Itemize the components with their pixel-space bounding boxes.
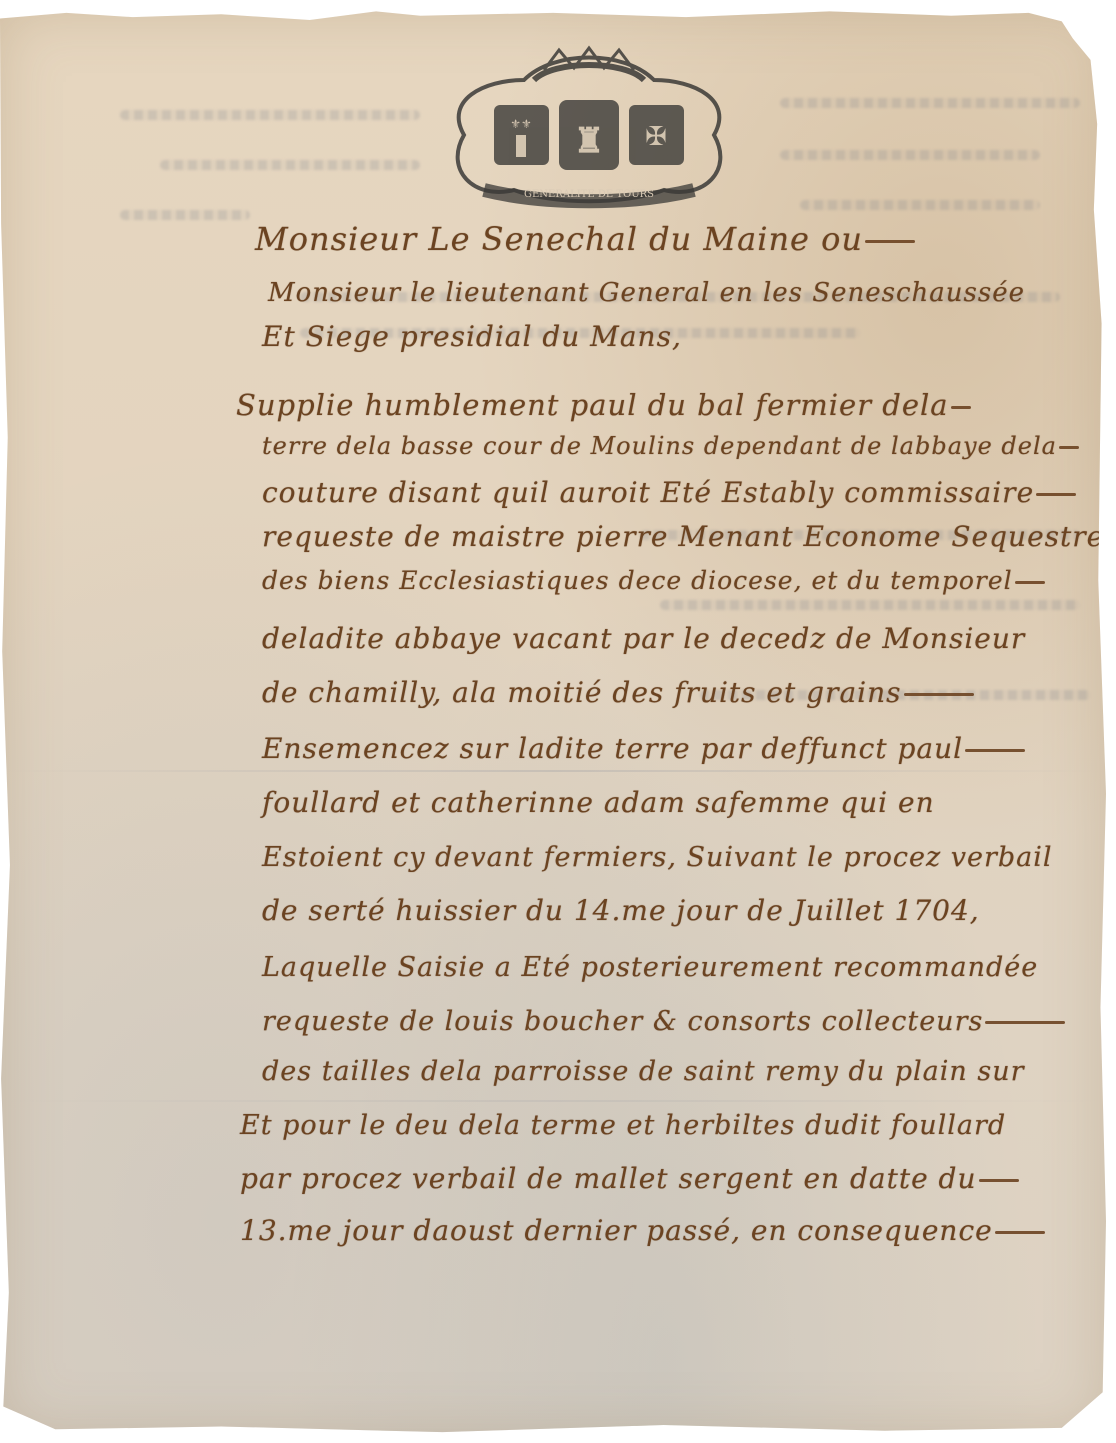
line-filler-stroke	[904, 693, 974, 696]
body-line-11: de serté huissier du 14.me jour de Juill…	[262, 894, 980, 927]
body-text: des tailles dela parroisse de saint remy…	[262, 1056, 1025, 1087]
line-filler-stroke	[995, 1231, 1045, 1234]
body-text: couture disant quil auroit Eté Estably c…	[262, 476, 1034, 509]
body-text: des biens Ecclesiastiques dece diocese, …	[262, 566, 1013, 595]
body-text: terre dela basse cour de Moulins dependa…	[262, 432, 1057, 460]
body-text: par procez verbail de mallet sergent en …	[240, 1162, 977, 1195]
fold-crease	[0, 770, 1106, 772]
body-line-8: Ensemencez sur ladite terre par deffunct…	[262, 732, 1025, 765]
body-text: deladite abbaye vacant par le decedz de …	[262, 622, 1025, 655]
line-filler-stroke	[865, 240, 915, 243]
body-text: Estoient cy devant fermiers, Suivant le …	[262, 842, 1053, 873]
body-text: requeste de louis boucher & consorts col…	[262, 1006, 983, 1037]
line-filler-stroke	[965, 749, 1025, 752]
bleed-through-text	[800, 200, 1040, 210]
line-filler-stroke	[985, 1021, 1065, 1024]
body-line-7: de chamilly, ala moitié des fruits et gr…	[262, 676, 974, 709]
body-line-17: 13.me jour daoust dernier passé, en cons…	[240, 1214, 1045, 1247]
body-text: de chamilly, ala moitié des fruits et gr…	[262, 676, 902, 709]
address-line-2: Monsieur le lieutenant General en les Se…	[268, 278, 1025, 308]
address-line-3: Et Siege presidial du Mans,	[262, 320, 682, 353]
body-line-15: Et pour le deu dela terme et herbiltes d…	[240, 1110, 1006, 1141]
stamp-legend: GENERALITE DE TOURS	[524, 189, 654, 200]
body-line-6: deladite abbaye vacant par le decedz de …	[262, 622, 1025, 655]
bleed-through-text	[120, 110, 420, 120]
line-filler-stroke	[1036, 493, 1076, 496]
manuscript-page: ⚜⚜ ♜ ✠ GENERALITE DE TOURS Monsieur Le S…	[0, 10, 1106, 1435]
svg-text:⚜⚜: ⚜⚜	[510, 117, 532, 131]
bleed-through-text	[660, 600, 1080, 610]
body-line-4: requeste de maistre pierre Menant Econom…	[262, 520, 1116, 553]
body-text: 13.me jour daoust dernier passé, en cons…	[240, 1214, 993, 1247]
bleed-through-text	[120, 210, 250, 220]
body-text: Ensemencez sur ladite terre par deffunct…	[262, 732, 963, 765]
bleed-through-text	[780, 150, 1040, 160]
line-filler-stroke	[1015, 581, 1045, 584]
body-line-13: requeste de louis boucher & consorts col…	[262, 1006, 1065, 1037]
body-text: foullard et catherinne adam safemme qui …	[262, 786, 935, 819]
body-line-3: couture disant quil auroit Eté Estably c…	[262, 476, 1076, 509]
body-text: Laquelle Saisie a Eté posterieurement re…	[262, 952, 1038, 983]
address-text: Monsieur Le Senechal du Maine ou	[255, 220, 863, 258]
body-text: Et pour le deu dela terme et herbiltes d…	[240, 1110, 1006, 1141]
body-line-12: Laquelle Saisie a Eté posterieurement re…	[262, 952, 1038, 983]
fold-crease	[0, 1100, 1106, 1102]
address-text: Monsieur le lieutenant General en les Se…	[268, 278, 1025, 308]
body-text: Supplie humblement paul du bal fermier d…	[236, 388, 949, 422]
body-line-14: des tailles dela parroisse de saint remy…	[262, 1056, 1025, 1087]
crowned-coat-of-arms-stamp: ⚜⚜ ♜ ✠ GENERALITE DE TOURS	[424, 40, 754, 210]
svg-text:♜: ♜	[574, 121, 604, 161]
body-line-16: par procez verbail de mallet sergent en …	[240, 1162, 1019, 1195]
line-filler-stroke	[979, 1179, 1019, 1182]
body-line-9: foullard et catherinne adam safemme qui …	[262, 786, 935, 819]
line-filler-stroke	[1059, 446, 1079, 449]
line-filler-stroke	[1106, 537, 1116, 540]
body-line-1: Supplie humblement paul du bal fermier d…	[236, 388, 971, 422]
bleed-through-text	[780, 98, 1080, 108]
svg-text:✠: ✠	[645, 122, 667, 152]
address-line-1: Monsieur Le Senechal du Maine ou	[255, 220, 915, 258]
body-text: requeste de maistre pierre Menant Econom…	[262, 520, 1104, 553]
address-text: Et Siege presidial du Mans,	[262, 320, 682, 353]
line-filler-stroke	[951, 406, 971, 409]
body-line-2: terre dela basse cour de Moulins dependa…	[262, 432, 1079, 460]
body-line-10: Estoient cy devant fermiers, Suivant le …	[262, 842, 1053, 873]
bleed-through-text	[160, 160, 420, 170]
body-text: de serté huissier du 14.me jour de Juill…	[262, 894, 980, 927]
body-line-5: des biens Ecclesiastiques dece diocese, …	[262, 566, 1045, 595]
